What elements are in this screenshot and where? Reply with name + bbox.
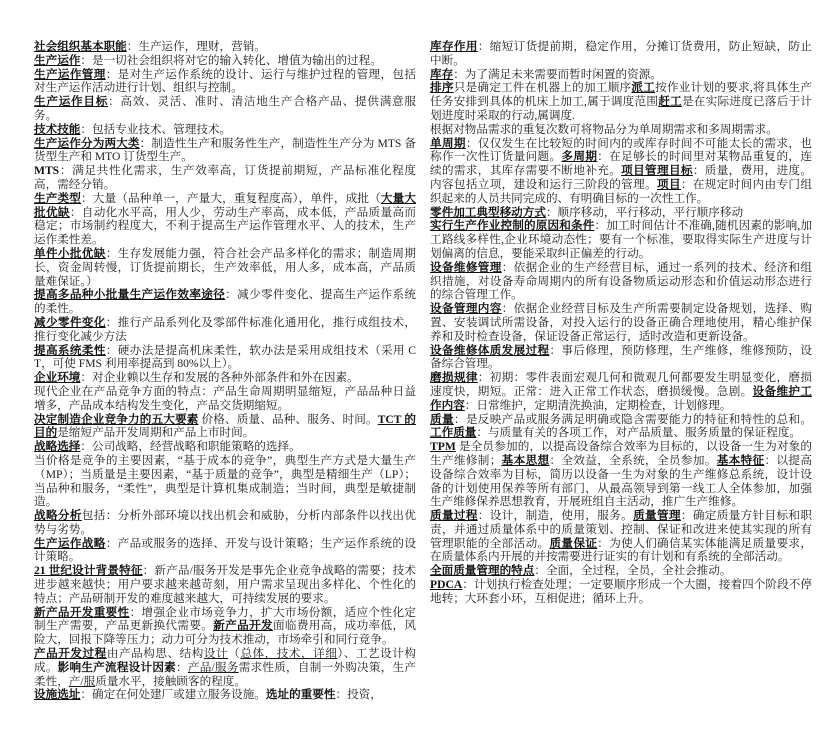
text-run: ：满足共性化需求，生产效率高，订货提前期短，产品标准化程度高，需经分销。 bbox=[34, 164, 416, 191]
paragraph: 库存：为了满足未来需要而暂时闲置的资源。 bbox=[430, 68, 812, 82]
term: 提高多品种小批量生产运作效率途径 bbox=[34, 288, 225, 301]
text-run: ：计划执行检查处理；一定要顺序形成一个大圈，接着四个阶段不停地转；大环套小环，互… bbox=[430, 578, 812, 605]
term: 生产运作战略 bbox=[34, 537, 106, 550]
paragraph: 现代企业在产品竞争方面的特点：产品生命周期明显缩短，产品品种日益增多，产品成本结… bbox=[34, 385, 416, 413]
text-run: ： bbox=[176, 661, 188, 674]
text-run: ：顺序移动，平行移动，平行顺序移动 bbox=[546, 206, 743, 219]
term: 基本特征 bbox=[717, 454, 765, 467]
paragraph: 质量过程：设计，制造，使用，服务。质量管理：确定质量方针目标和职责，并通过质量体… bbox=[430, 509, 812, 564]
paragraph: 减少零件变化：推行产品系列化及零部件标准化通用化，推行成组技术，推行变化减少方法 bbox=[34, 316, 416, 344]
text-run: 当价格是竞争的主要因素，“基于成本的竞争”，典型生产方式是大量生产（MP）；当质… bbox=[34, 454, 416, 508]
term: 质量过程 bbox=[430, 509, 478, 522]
paragraph: 磨损规律：初期：零件表面宏观几何和微观几何都要发生明显变化，磨损速度快，期短。正… bbox=[430, 371, 812, 412]
term: 生产运作分为两大类 bbox=[34, 137, 140, 150]
text-run: 包括：分析外部环境以找出机会和威胁，分析内部条件以找出优势与劣势。 bbox=[34, 509, 416, 536]
text-run: ：投资， bbox=[335, 688, 381, 701]
term: 单周期 bbox=[430, 137, 466, 150]
paragraph: 提高系统柔性：硬办法是提高机床柔性，软办法是采用成组技术（采用 CT，可使 FM… bbox=[34, 344, 416, 372]
term: 影响生产流程设计因素 bbox=[58, 661, 176, 674]
paragraph: 当价格是竞争的主要因素，“基于成本的竞争”，典型生产方式是大量生产（MP）；当质… bbox=[34, 454, 416, 509]
paragraph: 产品开发过程由产品构思、结构设计（总体，技术，详细）、工艺设计构成。影响生产流程… bbox=[34, 647, 416, 688]
paragraph: 战略选择：公司战略，经营战略和职能策略的选择。 bbox=[34, 440, 416, 454]
paragraph: MTS：满足共性化需求，生产效率高，订货提前期短，产品标准化程度高，需经分销。 bbox=[34, 164, 416, 192]
text-run: ：自动化水平高，用人少，劳动生产率高，成本低，产品质量高而稳定；市场制约程度大，… bbox=[34, 206, 416, 247]
text-run: ：全效益，全系统，全员参加。 bbox=[549, 454, 716, 467]
term: 社会组织基本职能 bbox=[34, 40, 127, 53]
paragraph: 设施选址：确定在何处建厂或建立服务设施。选址的重要性：投资， bbox=[34, 688, 416, 702]
paragraph: 设备维修体质发展过程：事后修理，预防修理，生产维修，维修预防，设备综合管理。 bbox=[430, 344, 812, 372]
paragraph: 企业环境：对企业赖以生存和发展的各种外部条件和外在因素。 bbox=[34, 371, 416, 385]
paragraph: 质量：是反映产品或服务满足明确或隐含需要能力的特征和特性的总和。工作质量：与质量… bbox=[430, 413, 812, 441]
text-run: 价格、质量、品种、服务、时间。 bbox=[198, 413, 377, 426]
underlined-text: 设计 bbox=[204, 647, 228, 660]
term: 选址的重要性 bbox=[266, 688, 336, 701]
underlined-text: 产/服 bbox=[69, 675, 95, 688]
text-run: 质量水平，接触顾客的程度。 bbox=[95, 675, 246, 688]
term: 单件小批优缺 bbox=[34, 247, 106, 260]
paragraph: 技术技能：包括专业技术、管理技术。 bbox=[34, 123, 416, 137]
term: 全面质量管理的特点 bbox=[430, 564, 534, 577]
text-run: ：为了满足未来需要而暂时闲置的资源。 bbox=[453, 68, 662, 81]
term: TPM bbox=[430, 440, 456, 453]
term: 生产运作 bbox=[34, 54, 80, 67]
text-run: ：缩短订货提前期，稳定作用，分摊订货费用，防止短缺，防止中断。 bbox=[430, 40, 812, 67]
text-run: 由产品构思、结构 bbox=[107, 647, 204, 660]
text-run: ：日常维护，定期清洗换油，定期检查，计划修理。 bbox=[465, 399, 732, 412]
paragraph: 排序只是确定工件在机器上的加工顺序派工按作业计划的要求,将具体生产任务安排到具体… bbox=[430, 81, 812, 122]
text-run: 根据对物品需求的重复次数可将物品分为单周期需求和多周期需求。 bbox=[430, 123, 778, 136]
paragraph: 设备维修管理：依据企业的生产经营目标，通过一系列的技术、经济和组织措施，对设备寿… bbox=[430, 261, 812, 302]
paragraph: 生产运作管理：是对生产运作系统的设计、运行与维护过程的管理，包括对生产运作活动进… bbox=[34, 68, 416, 96]
term: 企业环境 bbox=[34, 371, 80, 384]
term: 提高系统柔性 bbox=[34, 344, 106, 357]
term: 派工 bbox=[631, 81, 655, 94]
term: 设施选址 bbox=[34, 688, 80, 701]
term: 生产类型 bbox=[34, 192, 81, 205]
paragraph: 生产类型：大量（品种单一，产量大，重复程度高），单件，成批（大量大批优缺：自动化… bbox=[34, 192, 416, 247]
paragraph: 全面质量管理的特点：全面，全过程，全员，全社会推动。 bbox=[430, 564, 812, 578]
text-run: ：确定在何处建厂或建立服务设施。 bbox=[80, 688, 266, 701]
left-column: 社会组织基本职能：生产运作，理财，营销。生产运作：是一切社会组织将对它的输入转化… bbox=[34, 40, 416, 702]
text-run: ：对企业赖以生存和发展的各种外部条件和外在因素。 bbox=[80, 371, 358, 384]
text-run: （ bbox=[228, 647, 240, 660]
right-column: 库存作用：缩短订货提前期，稳定作用，分摊订货费用，防止短缺，防止中断。库存：为了… bbox=[430, 40, 812, 702]
term: 质量保证 bbox=[549, 537, 597, 550]
term: 基本思想 bbox=[501, 454, 549, 467]
term: 设备维修管理 bbox=[430, 261, 502, 274]
paragraph: 实行生产作业控制的原因和条件：加工时间估计不准确,随机因素的影响,加工路线多样性… bbox=[430, 219, 812, 260]
term: 技术技能 bbox=[34, 123, 80, 136]
text-run: ：公司战略，经营战略和职能策略的选择。 bbox=[80, 440, 300, 453]
paragraph: 战略分析包括：分析外部环境以找出机会和威胁，分析内部条件以找出优势与劣势。 bbox=[34, 509, 416, 537]
term: 21 世纪设计背景特征 bbox=[34, 564, 143, 577]
paragraph: PDCA：计划执行检查处理；一定要顺序形成一个大圈，接着四个阶段不停地转；大环套… bbox=[430, 578, 812, 606]
term: 赶工 bbox=[658, 95, 682, 108]
term: 磨损规律 bbox=[430, 371, 478, 384]
term: 项目 bbox=[657, 178, 681, 191]
text-run: 是缩短产品开发周期和产品上市时间。 bbox=[57, 426, 254, 439]
term: PDCA bbox=[430, 578, 462, 591]
term: 项目管理目标 bbox=[621, 164, 693, 177]
paragraph: 决定制造企业竞争力的五大要素 价格、质量、品种、服务、时间。TCT 的目的是缩短… bbox=[34, 413, 416, 441]
text-run: 只是确定工件在机器上的加工顺序 bbox=[454, 81, 632, 94]
term: 排序 bbox=[430, 81, 454, 94]
term: 设备管理内容 bbox=[430, 302, 502, 315]
term: 实行生产作业控制的原因和条件 bbox=[430, 219, 595, 232]
paragraph: 生产运作分为两大类：制造性生产和服务性生产，制造性生产分为 MTS 备货型生产和… bbox=[34, 137, 416, 165]
paragraph: 单周期：仅仅发生在比较短的时间内的或库存时间不可能太长的需求，也称作一次性订货量… bbox=[430, 137, 812, 206]
underlined-text: 产品/服务 bbox=[188, 661, 239, 674]
document-page: 社会组织基本职能：生产运作，理财，营销。生产运作：是一切社会组织将对它的输入转化… bbox=[34, 40, 812, 702]
text-run: ：包括专业技术、管理技术。 bbox=[80, 123, 231, 136]
underlined-text: 总体，技术，详细 bbox=[240, 647, 337, 660]
term: 零件加工典型移动方式 bbox=[430, 206, 546, 219]
term: 战略分析 bbox=[34, 509, 82, 522]
paragraph: 库存作用：缩短订货提前期，稳定作用，分摊订货费用，防止短缺，防止中断。 bbox=[430, 40, 812, 68]
paragraph: 零件加工典型移动方式：顺序移动，平行移动，平行顺序移动 bbox=[430, 206, 812, 220]
text-run: ：与质量有关的各项工作，对产品质量、服务质量的保证程度。 bbox=[476, 426, 801, 439]
paragraph: 生产运作战略：产品或服务的选择、开发与设计策略；生产运作系统的设计策略。 bbox=[34, 537, 416, 565]
term: 质量 bbox=[430, 413, 454, 426]
term: 质量管理 bbox=[633, 509, 681, 522]
text-run: 现代企业在产品竞争方面的特点：产品生命周期明显缩短，产品品种日益增多，产品成本结… bbox=[34, 385, 416, 412]
text-run: ：设计，制造，使用，服务。 bbox=[478, 509, 633, 522]
text-run: ：是一切社会组织将对它的输入转化、增值为输出的过程。 bbox=[80, 54, 381, 67]
text-run: ：生产运作，理财，营销。 bbox=[127, 40, 266, 53]
term: 战略选择 bbox=[34, 440, 80, 453]
term: 新产品开发重要性 bbox=[34, 606, 130, 619]
paragraph: 生产运作目标：高效、灵活、准时、清洁地生产合格产品、提供满意服务。 bbox=[34, 95, 416, 123]
paragraph: 提高多品种小批量生产运作效率途径：减少零件变化、提高生产运作系统的柔性。 bbox=[34, 288, 416, 316]
paragraph: 单件小批优缺：生存发展能力强，符合社会产品多样化的需求；制造周期长，资金周转慢，… bbox=[34, 247, 416, 288]
paragraph: 设备管理内容：依据企业经营目标及生产所需要制定设备规划，选择、购置、安装调试所需… bbox=[430, 302, 812, 343]
paragraph: 新产品开发重要性：增强企业市场竞争力，扩大市场份额，适应个性化定制生产需要，产品… bbox=[34, 606, 416, 647]
term: 生产运作管理 bbox=[34, 68, 106, 81]
text-run: ：大量（品种单一，产量大，重复程度高），单件，成批（ bbox=[81, 192, 381, 205]
paragraph: 生产运作：是一切社会组织将对它的输入转化、增值为输出的过程。 bbox=[34, 54, 416, 68]
text-run: ：全面，全过程，全员，全社会推动。 bbox=[534, 564, 731, 577]
term: 设备维修体质发展过程 bbox=[430, 344, 549, 357]
term: 决定制造企业竞争力的五大要素 bbox=[34, 413, 198, 426]
term: 多周期 bbox=[561, 150, 597, 163]
term: 工作质量 bbox=[430, 426, 476, 439]
term: 新产品开发 bbox=[213, 619, 273, 632]
paragraph: TPM 是全员参加的，以提高设备综合效率为目标的，以设备一生为对象的生产维修制；… bbox=[430, 440, 812, 509]
term: 产品开发过程 bbox=[34, 647, 107, 660]
term: 库存 bbox=[430, 68, 453, 81]
paragraph: 21 世纪设计背景特征：新产品/服务开发是事先企业竞争战略的需要；技术进步越来越… bbox=[34, 564, 416, 605]
text-run: ：是反映产品或服务满足明确或隐含需要能力的特征和特性的总和。 bbox=[454, 413, 812, 426]
term: 库存作用 bbox=[430, 40, 478, 53]
term: MTS bbox=[34, 164, 59, 177]
term: 减少零件变化 bbox=[34, 316, 106, 329]
paragraph: 社会组织基本职能：生产运作，理财，营销。 bbox=[34, 40, 416, 54]
term: 生产运作目标 bbox=[34, 95, 108, 108]
paragraph: 根据对物品需求的重复次数可将物品分为单周期需求和多周期需求。 bbox=[430, 123, 812, 137]
